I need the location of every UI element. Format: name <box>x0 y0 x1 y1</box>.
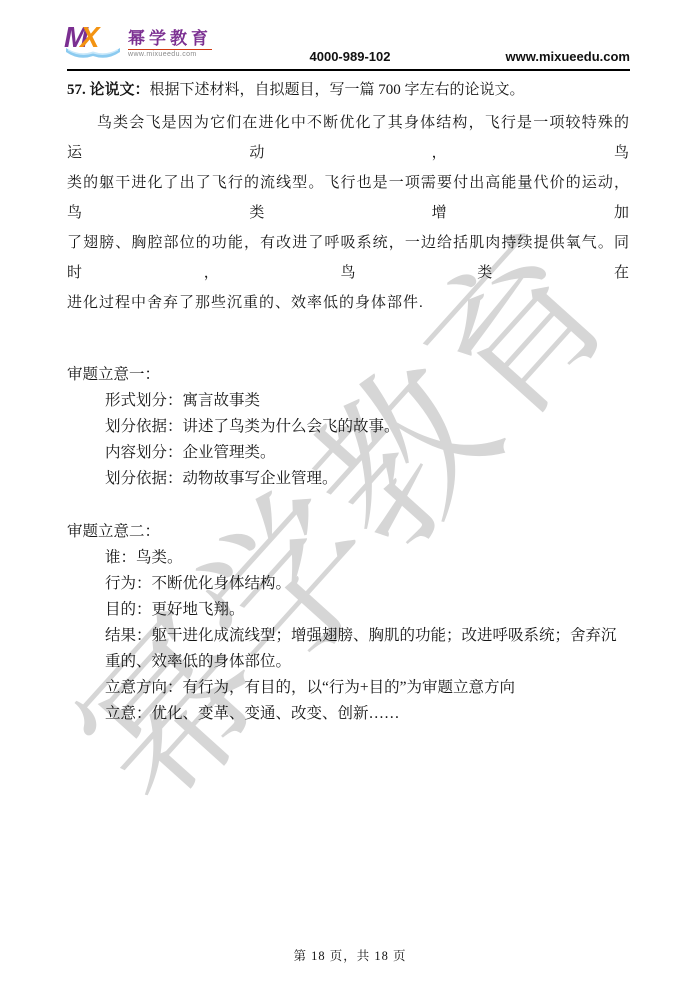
analysis-item: 形式划分：寓言故事类 <box>67 388 630 414</box>
logo-letter-x: X <box>80 22 97 54</box>
analysis-item: 划分依据：动物故事写企业管理。 <box>67 466 630 492</box>
question-type-label: 论说文： <box>90 82 150 98</box>
section-title: 审题立意二： <box>67 519 630 545</box>
document-page: MX 幂学教育 www.mixueedu.com 4000-989-102 ww… <box>0 0 700 992</box>
analysis-item: 划分依据：讲述了鸟类为什么会飞的故事。 <box>67 414 630 440</box>
analysis-item: 内容划分：企业管理类。 <box>67 440 630 466</box>
material-line: 进化过程中舍弃了那些沉重的、效率低的身体部件. <box>67 288 630 318</box>
question-line: 57. 论说文：根据下述材料，自拟题目，写一篇 700 字左右的论说文。 <box>67 80 630 101</box>
section-analysis-one: 审题立意一： 形式划分：寓言故事类 划分依据：讲述了鸟类为什么会飞的故事。 内容… <box>67 362 630 492</box>
website-url: www.mixueedu.com <box>506 49 631 64</box>
page-content: 57. 论说文：根据下述材料，自拟题目，写一篇 700 字左右的论说文。 鸟类会… <box>67 80 630 727</box>
header-divider <box>67 69 630 71</box>
material-line: 了翅膀、胸腔部位的功能，有改进了呼吸系统，一边给括肌肉持续提供氧气。同时，鸟类在 <box>67 228 630 288</box>
material-line: 鸟类会飞是因为它们在进化中不断优化了其身体结构，飞行是一项较特殊的运动，鸟 <box>67 108 630 168</box>
page-number: 第 18 页，共 18 页 <box>293 949 406 963</box>
analysis-item: 立意方向：有行为，有目的，以“行为+目的”为审题立意方向 <box>67 675 630 701</box>
analysis-item: 立意：优化、变革、变通、改变、创新…… <box>67 701 630 727</box>
brand-url: www.mixueedu.com <box>128 49 212 58</box>
question-prompt: 根据下述材料，自拟题目，写一篇 700 字左右的论说文。 <box>150 82 525 98</box>
analysis-item: 谁：鸟类。 <box>67 545 630 571</box>
analysis-item: 行为：不断优化身体结构。 <box>67 571 630 597</box>
brand-name: 幂学教育 <box>128 30 212 48</box>
mx-logo-icon: MX <box>64 26 122 60</box>
section-title: 审题立意一： <box>67 362 630 388</box>
question-number: 57. <box>67 82 86 98</box>
material-paragraph: 鸟类会飞是因为它们在进化中不断优化了其身体结构，飞行是一项较特殊的运动，鸟 类的… <box>67 108 630 318</box>
material-line: 类的躯干进化了出了飞行的流线型。飞行也是一项需要付出高能量代价的运动，鸟类增加 <box>67 168 630 228</box>
brand-logo: MX 幂学教育 www.mixueedu.com <box>64 26 212 60</box>
page-footer: 第 18 页，共 18 页 <box>0 946 700 964</box>
analysis-item: 结果：躯干进化成流线型；增强翅膀、胸肌的功能；改进呼吸系统；舍弃沉重的、效率低的… <box>67 623 630 675</box>
section-analysis-two: 审题立意二： 谁：鸟类。 行为：不断优化身体结构。 目的：更好地飞翔。 结果：躯… <box>67 519 630 727</box>
analysis-item: 目的：更好地飞翔。 <box>67 597 630 623</box>
